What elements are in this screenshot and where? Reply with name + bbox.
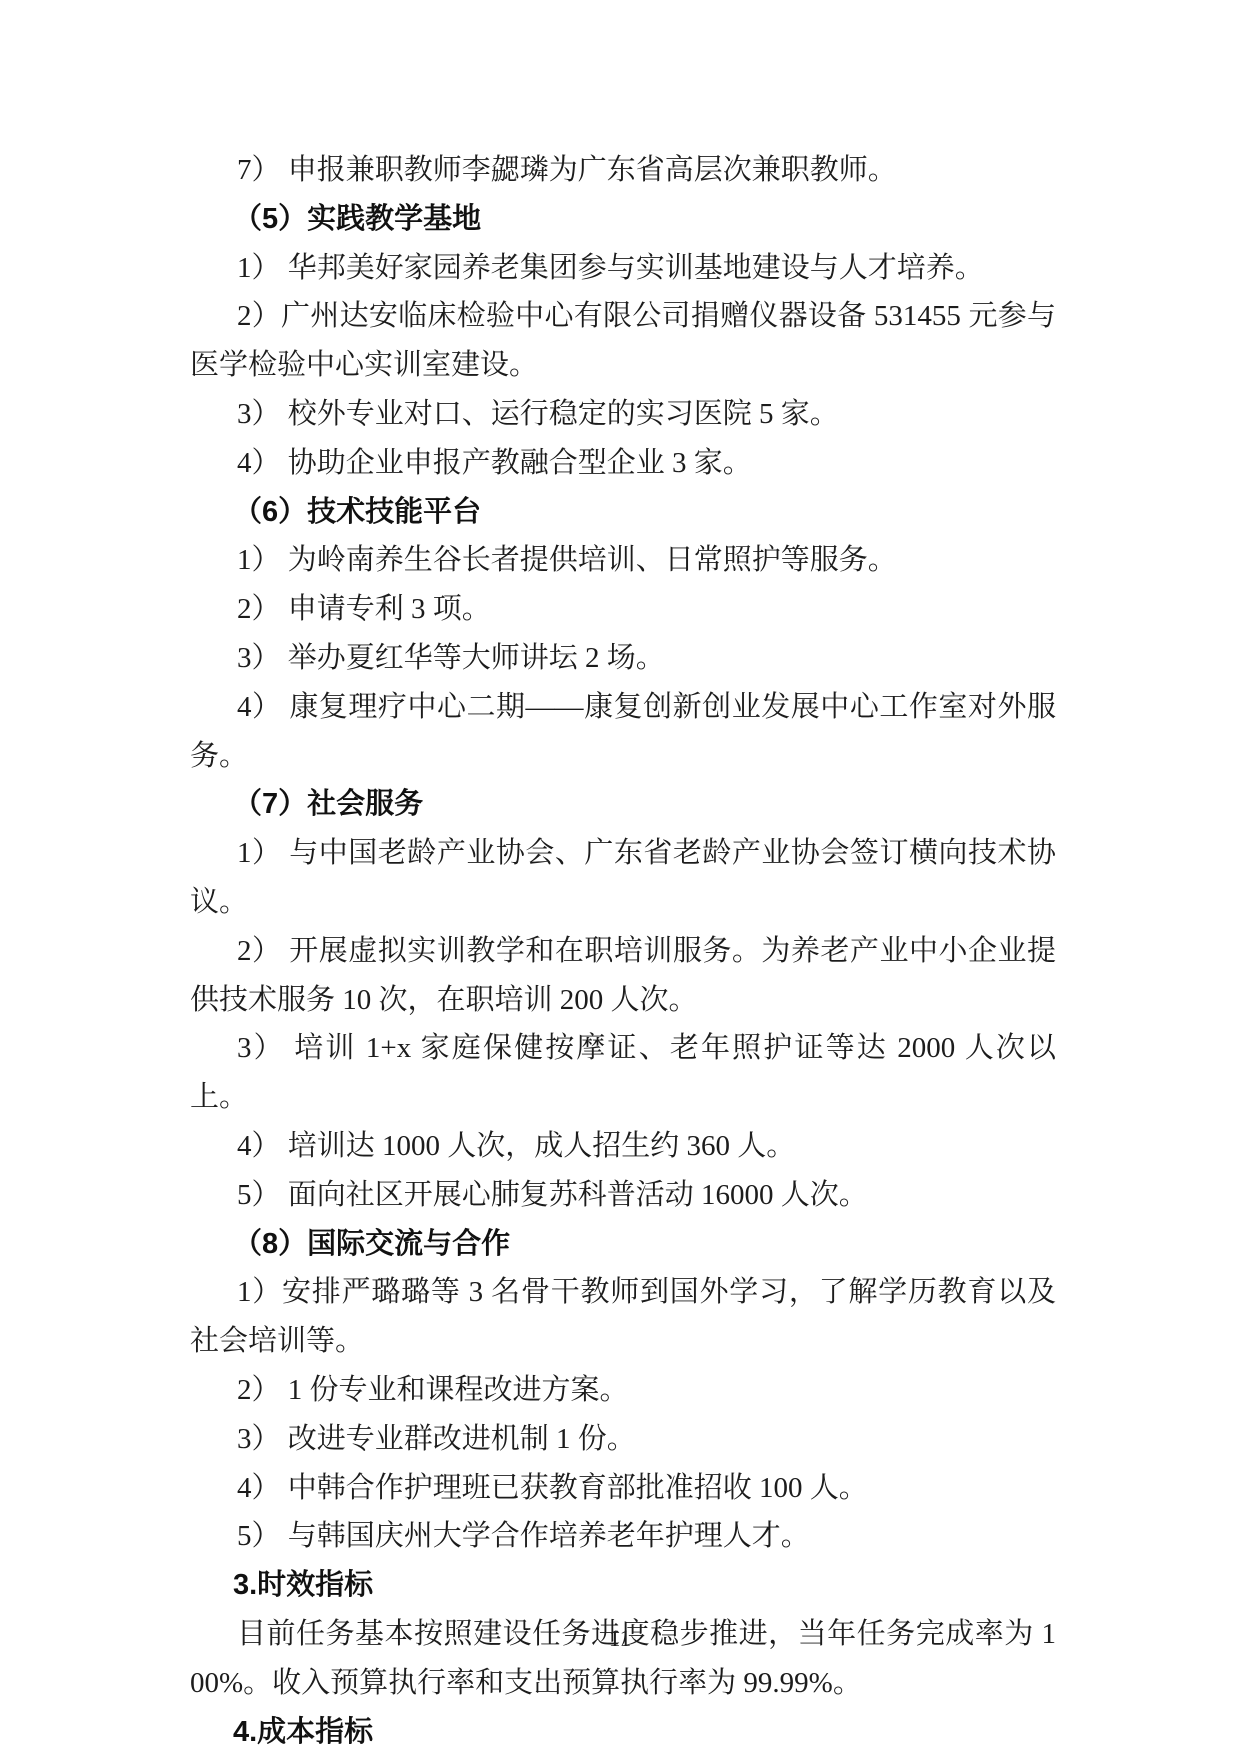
paragraph: 3） 改进专业群改进机制 1 份。 <box>190 1415 1056 1464</box>
section-heading: （5）实践教学基地 <box>190 195 1056 244</box>
paragraph: 3） 校外专业对口、运行稳定的实习医院 5 家。 <box>190 390 1056 439</box>
page-content: 7） 申报兼职教师李勰璘为广东省高层次兼职教师。 （5）实践教学基地 1） 华邦… <box>190 146 1056 1753</box>
section-heading: 3.时效指标 <box>190 1561 1056 1610</box>
paragraph: 3） 举办夏红华等大师讲坛 2 场。 <box>190 634 1056 683</box>
section-heading: （8）国际交流与合作 <box>190 1220 1056 1269</box>
paragraph: 2）广州达安临床检验中心有限公司捐赠仪器设备 531455 元参与医学检验中心实… <box>190 292 1056 390</box>
page-number: 11 <box>0 1626 1240 1652</box>
paragraph: 2） 开展虚拟实训教学和在职培训服务。为养老产业中小企业提供技术服务 10 次，… <box>190 927 1056 1025</box>
paragraph: 4） 中韩合作护理班已获教育部批准招收 100 人。 <box>190 1464 1056 1513</box>
paragraph: 1）安排严璐璐等 3 名骨干教师到国外学习，了解学历教育以及社会培训等。 <box>190 1268 1056 1366</box>
paragraph: 2） 1 份专业和课程改进方案。 <box>190 1366 1056 1415</box>
paragraph: 目前任务基本按照建设任务进度稳步推进，当年任务完成率为 100%。收入预算执行率… <box>190 1610 1056 1708</box>
section-heading: （7）社会服务 <box>190 780 1056 829</box>
paragraph: 4） 协助企业申报产教融合型企业 3 家。 <box>190 439 1056 488</box>
document-page: 7） 申报兼职教师李勰璘为广东省高层次兼职教师。 （5）实践教学基地 1） 华邦… <box>0 0 1240 1753</box>
paragraph: 4） 培训达 1000 人次，成人招生约 360 人。 <box>190 1122 1056 1171</box>
paragraph: 4） 康复理疗中心二期——康复创新创业发展中心工作室对外服务。 <box>190 683 1056 781</box>
paragraph: 5） 面向社区开展心肺复苏科普活动 16000 人次。 <box>190 1171 1056 1220</box>
paragraph: 3） 培训 1+x 家庭保健按摩证、老年照护证等达 2000 人次以上。 <box>190 1024 1056 1122</box>
paragraph: 5） 与韩国庆州大学合作培养老年护理人才。 <box>190 1512 1056 1561</box>
paragraph: 1） 为岭南养生谷长者提供培训、日常照护等服务。 <box>190 536 1056 585</box>
paragraph: 7） 申报兼职教师李勰璘为广东省高层次兼职教师。 <box>190 146 1056 195</box>
section-heading: （6）技术技能平台 <box>190 488 1056 537</box>
paragraph: 1） 华邦美好家园养老集团参与实训基地建设与人才培养。 <box>190 244 1056 293</box>
section-heading: 4.成本指标 <box>190 1708 1056 1753</box>
paragraph: 2） 申请专利 3 项。 <box>190 585 1056 634</box>
paragraph: 1） 与中国老龄产业协会、广东省老龄产业协会签订横向技术协议。 <box>190 829 1056 927</box>
